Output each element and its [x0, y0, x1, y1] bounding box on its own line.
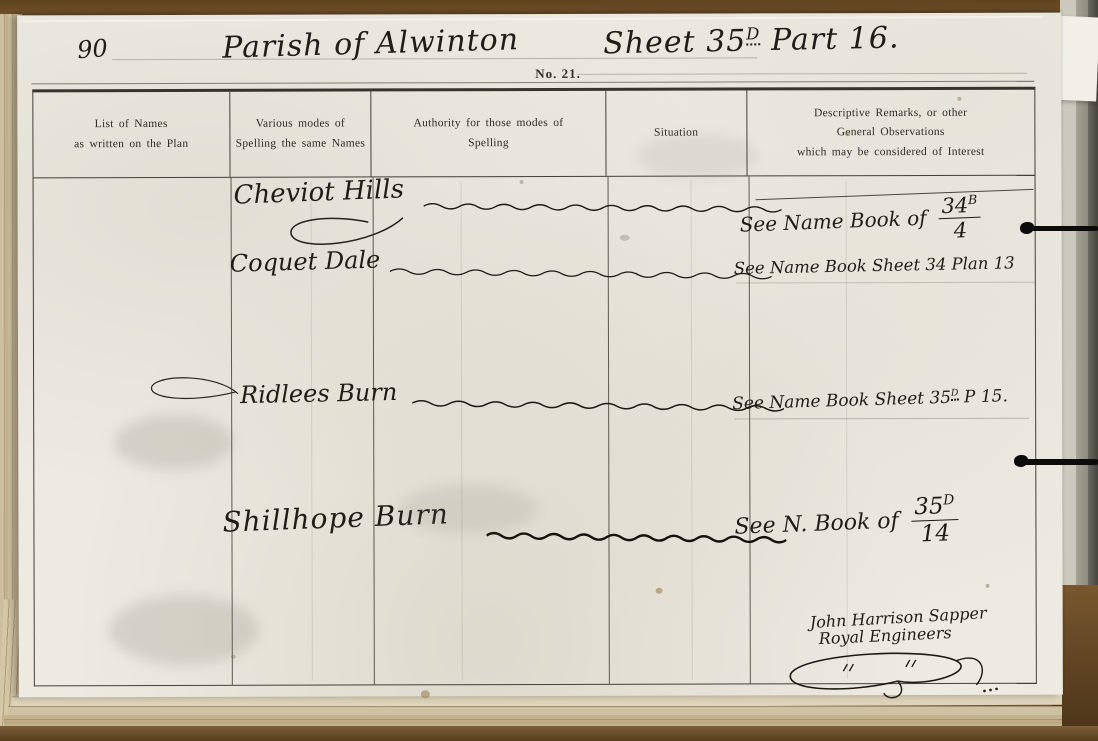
foxing-spot — [986, 584, 990, 588]
fraction-denominator: 14 — [920, 520, 950, 546]
pen-flourish — [146, 372, 246, 406]
sheet-prefix: Sheet 35 — [603, 24, 747, 62]
header-text: Authority for those modes of — [414, 117, 564, 130]
show-through-smudge — [398, 484, 538, 534]
remark-text: See Name Book of — [739, 206, 927, 237]
document-page: 90 Parish of Alwinton No. 21. Sheet 35D … — [17, 13, 1063, 698]
row-name: Cheviot Hills — [233, 174, 404, 210]
column-rule — [608, 177, 610, 684]
table-header-row: List of Names as written on the Plan Var… — [33, 90, 1034, 179]
fraction-numerator: 35D — [911, 494, 958, 521]
pen-flourish — [282, 209, 412, 247]
row-remark: See Name Book of 34B 4 — [739, 194, 982, 250]
header-text: Various modes of — [256, 118, 345, 131]
scanned-document-photo: 90 Parish of Alwinton No. 21. Sheet 35D … — [0, 0, 1098, 741]
foxing-spot — [421, 690, 430, 698]
row-name: Coquet Dale — [229, 245, 380, 277]
column-rule — [749, 176, 751, 683]
header-text: Descriptive Remarks, or other — [814, 106, 967, 119]
remark-rule — [736, 282, 1036, 284]
ghost-rule — [846, 180, 848, 679]
foxing-spot — [844, 131, 850, 136]
sheet-no-label: No. 21. — [535, 66, 581, 82]
sheet-suffix: Part 16. — [760, 20, 900, 58]
header-text: Spelling the same Names — [236, 137, 366, 150]
binding-thread — [1026, 226, 1098, 231]
ghost-rule — [461, 181, 463, 680]
row-remark: See Name Book Sheet 35D P 15. — [732, 386, 1008, 414]
header-list-of-names: List of Names as written on the Plan — [33, 92, 230, 178]
show-through-smudge — [637, 133, 757, 178]
header-text: which may be considered of Interest — [797, 146, 985, 159]
remark-text: P 15. — [958, 386, 1008, 407]
show-through-smudge — [109, 595, 259, 665]
header-text: General Observations — [837, 126, 945, 139]
ditto-line — [412, 396, 784, 414]
row-remark: See Name Book Sheet 34 Plan 13 — [734, 253, 1015, 278]
foxing-spot — [957, 97, 961, 101]
header-text: as written on the Plan — [74, 138, 188, 151]
remark-text: See Name Book Sheet 35 — [732, 388, 952, 414]
parish-title: Parish of Alwinton — [222, 22, 520, 66]
header-text: Spelling — [468, 137, 509, 150]
ditto-line — [424, 199, 782, 214]
binding-thread — [1020, 459, 1098, 465]
remark-fraction: 35D 14 — [911, 494, 959, 546]
foxing-spot — [620, 235, 630, 241]
signature-flourish — [777, 642, 1039, 705]
folio-number: 90 — [76, 34, 108, 64]
header-text: List of Names — [95, 118, 168, 131]
ditto-line — [390, 264, 772, 281]
row-name: Ridlees Burn — [240, 378, 398, 409]
fraction-denominator: 4 — [953, 218, 967, 241]
header-authority: Authority for those modes of Spelling — [372, 91, 607, 177]
sheet-superscript: D — [746, 24, 761, 45]
remark-fraction: 34B 4 — [938, 194, 982, 243]
show-through-smudge — [113, 415, 233, 470]
foxing-spot — [520, 180, 524, 184]
foxing-spot — [656, 588, 663, 594]
remark-rule — [734, 418, 1029, 420]
sheet-part-title: Sheet 35D Part 16. — [603, 20, 900, 61]
header-guide-line-2 — [577, 73, 1027, 75]
fraction-numerator: 34B — [938, 194, 981, 220]
bottom-wood-strip — [0, 726, 1098, 741]
header-descriptive-remarks: Descriptive Remarks, or other General Ob… — [747, 90, 1035, 176]
ghost-rule — [691, 181, 693, 680]
header-various-modes: Various modes of Spelling the same Names — [230, 91, 372, 176]
remark-text: See N. Book of — [734, 509, 899, 540]
row-remark: See N. Book of 35D 14 — [734, 494, 959, 553]
